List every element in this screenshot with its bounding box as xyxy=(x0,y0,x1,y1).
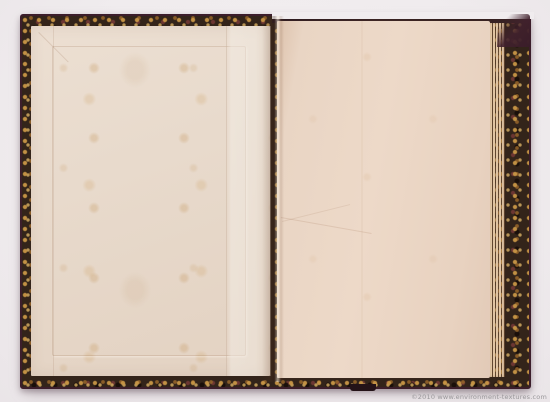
page-fore-edge-stack xyxy=(490,23,505,377)
photo-scene: ©2010 www.environment-textures.com xyxy=(0,0,550,402)
endpaper-vertical-crease xyxy=(53,26,54,376)
page-crease xyxy=(282,204,350,222)
watermark-caption: ©2010 www.environment-textures.com xyxy=(411,393,547,401)
right-blank-page xyxy=(277,21,490,378)
page-crease xyxy=(361,21,363,378)
leather-corner-top-right xyxy=(497,14,530,47)
page-crease xyxy=(281,217,372,234)
cover-top-step-mask xyxy=(272,12,534,19)
binding-tab xyxy=(350,384,376,391)
book-gutter-shadow xyxy=(262,16,284,382)
endpaper-turn-in-ridge xyxy=(52,46,246,356)
